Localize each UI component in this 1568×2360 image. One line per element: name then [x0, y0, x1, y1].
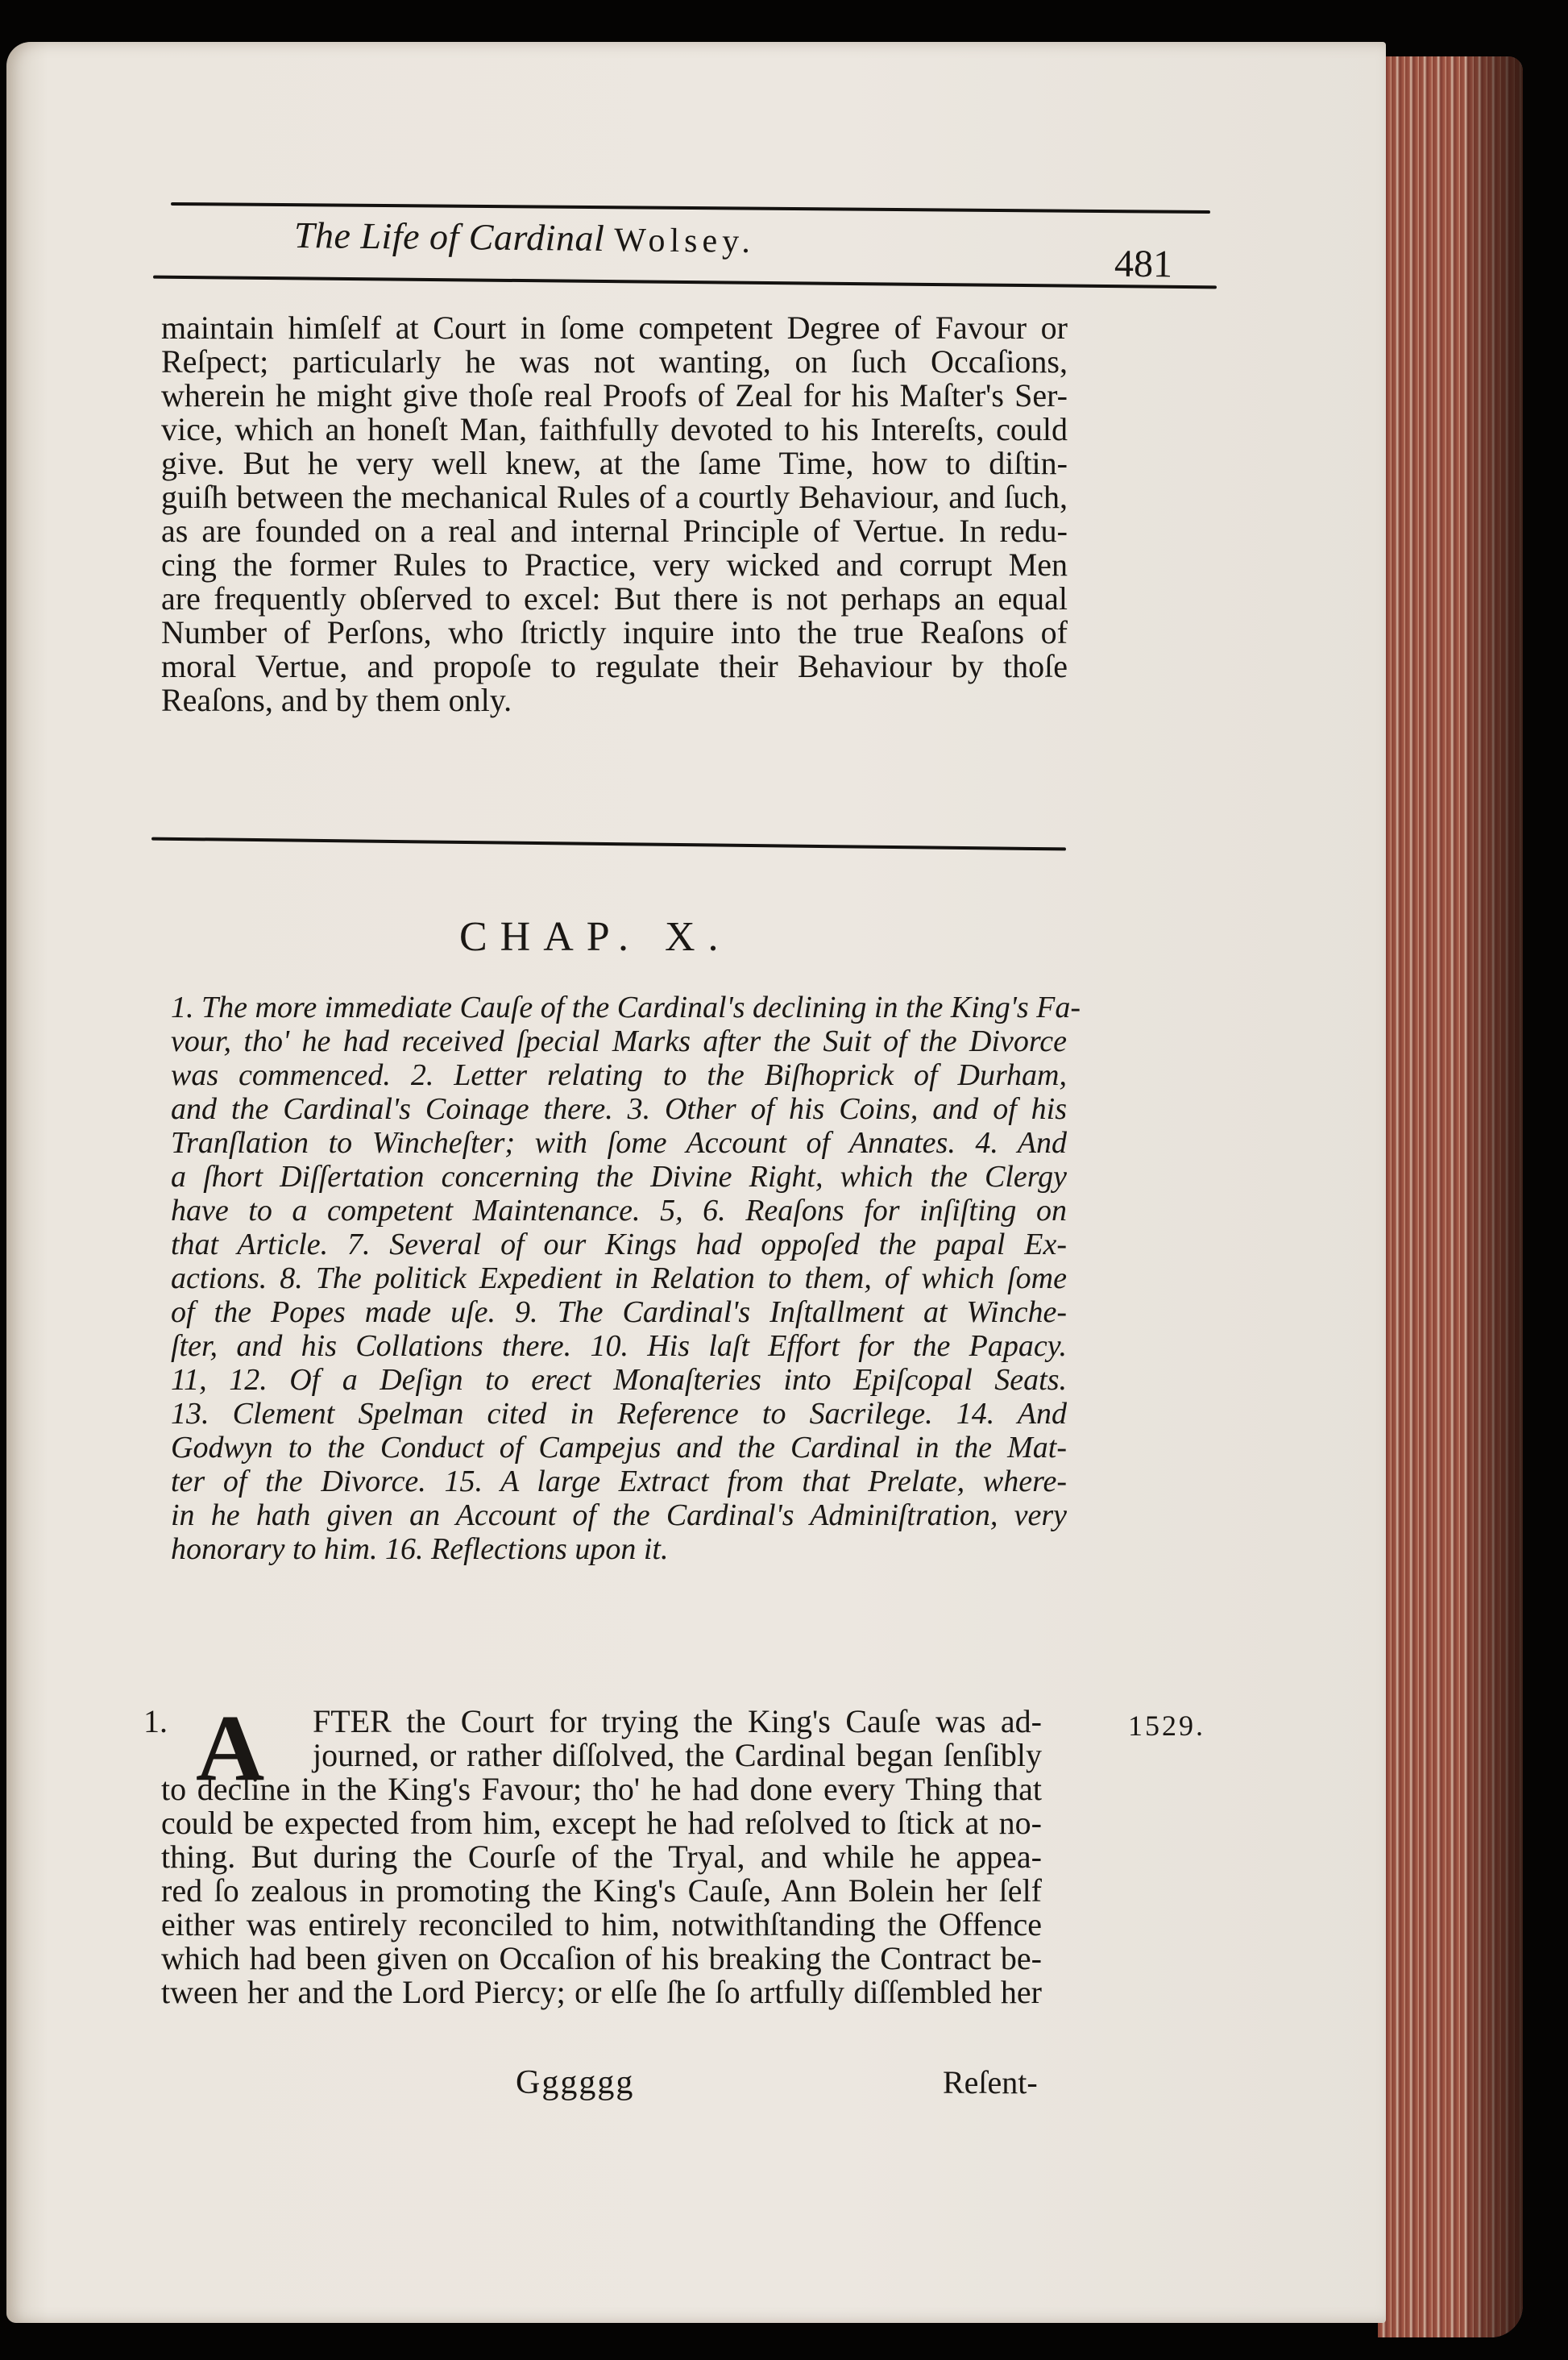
text-line: could be expected from him, except he ha… — [161, 1806, 1042, 1840]
summary-line: and the Cardinal's Coinage there. 3. Oth… — [171, 1093, 1067, 1127]
text-line: as are founded on a real and internal Pr… — [161, 514, 1068, 548]
text-line: give. But he very well knew, at the ſame… — [161, 447, 1068, 480]
summary-line: have to a competent Maintenance. 5, 6. R… — [171, 1195, 1067, 1228]
running-head-italic: The Life of Cardinal — [294, 214, 605, 259]
summary-line: ſter, and his Collations there. 10. His … — [171, 1330, 1067, 1364]
summary-line: 13. Clement Spelman cited in Reference t… — [171, 1398, 1067, 1431]
continued-paragraph: maintain himſelf at Court in ſome compet… — [161, 311, 1068, 717]
summary-line: was commenced. 2. Letter relating to the… — [171, 1059, 1067, 1093]
text-line: are frequently obſerved to excel: But th… — [161, 582, 1068, 616]
summary-line: of the Popes made uſe. 9. The Cardinal's… — [171, 1296, 1067, 1330]
summary-line: a ſhort Diſſertation concerning the Divi… — [171, 1161, 1067, 1195]
text-line: moral Vertue, and propoſe to regulate th… — [161, 650, 1068, 683]
text-line: which had been given on Occaſion of his … — [161, 1942, 1042, 1976]
page-number: 481 — [1114, 242, 1173, 287]
text-line: thing. But during the Courſe of the Trya… — [161, 1840, 1042, 1874]
margin-year-note: 1529. — [1128, 1709, 1205, 1743]
text-line: Reaſons, and by them only. — [161, 683, 1068, 717]
signature-mark: Gggggg — [516, 2063, 634, 2102]
text-line: maintain himſelf at Court in ſome compet… — [161, 311, 1068, 345]
chapter-heading: CHAP. X. — [459, 913, 732, 961]
text-line: guiſh between the mechanical Rules of a … — [161, 480, 1068, 514]
drop-cap: A — [196, 1708, 264, 1789]
summary-line: 1. The more immediate Cauſe of the Cardi… — [171, 991, 1067, 1025]
text-line: FTER the Court for trying the King's Cau… — [313, 1705, 1042, 1739]
summary-line: honorary to him. 16. Reflections upon it… — [171, 1533, 1067, 1567]
text-line: cing the former Rules to Practice, very … — [161, 548, 1068, 582]
summary-line: in he hath given an Account of the Cardi… — [171, 1499, 1067, 1533]
text-line: Number of Perſons, who ſtrictly inquire … — [161, 616, 1068, 650]
opening-paragraph: 1. A FTER the Court for trying the King'… — [143, 1705, 1038, 2009]
text-line: to decline in the King's Favour; tho' he… — [161, 1772, 1042, 1806]
summary-line: that Article. 7. Several of our Kings ha… — [171, 1228, 1067, 1262]
summary-line: Godwyn to the Conduct of Campejus and th… — [171, 1431, 1067, 1465]
running-head-title: The Life of Cardinal Wolsey. — [294, 214, 756, 261]
text-line: wherein he might give thoſe real Proofs … — [161, 379, 1068, 413]
book-fore-edge — [1378, 56, 1523, 2337]
summary-line: ter of the Divorce. 15. A large Extract … — [171, 1465, 1067, 1499]
text-line: journed, or rather diſſolved, the Cardin… — [313, 1739, 1042, 1772]
text-line: tween her and the Lord Piercy; or elſe ſ… — [161, 1976, 1042, 2009]
paragraph-number: 1. — [143, 1705, 168, 1739]
summary-line: 11, 12. Of a Deſign to erect Monaſteries… — [171, 1364, 1067, 1398]
summary-line: vour, tho' he had received ſpecial Marks… — [171, 1025, 1067, 1059]
text-line: either was entirely reconciled to him, n… — [161, 1908, 1042, 1942]
summary-line: actions. 8. The politick Expedient in Re… — [171, 1262, 1067, 1296]
text-line: red ſo zealous in promoting the King's C… — [161, 1874, 1042, 1908]
summary-line: Tranſlation to Wincheſter; with ſome Acc… — [171, 1127, 1067, 1161]
text-line: vice, which an honeſt Man, faithfully de… — [161, 413, 1068, 447]
running-head-caps: Wolsey. — [614, 222, 755, 260]
text-line: Reſpect; particularly he was not wanting… — [161, 345, 1068, 379]
chapter-summary: 1. The more immediate Cauſe of the Cardi… — [171, 991, 1067, 1567]
catchword: Reſent- — [943, 2063, 1038, 2101]
